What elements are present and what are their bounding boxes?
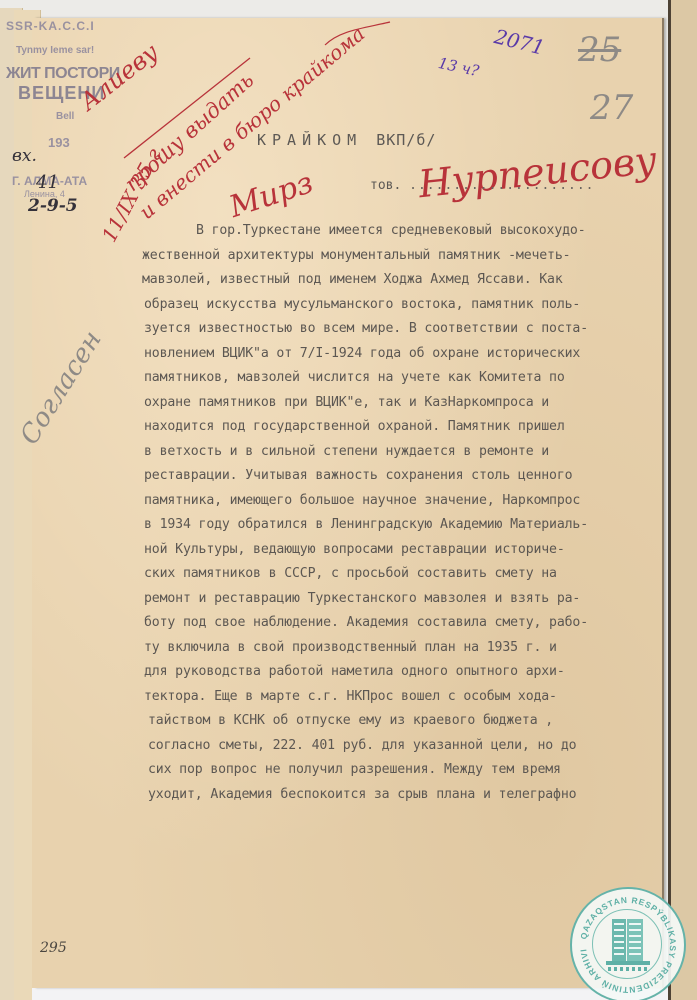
body-line: зуется известностью во всем мире. В соот…	[144, 317, 677, 342]
body-line: новлением ВЦИК"а от 7/I-1924 года об охр…	[144, 342, 677, 367]
body-line: образец искусства мусульманского востока…	[144, 293, 677, 318]
body-line: уходит, Академия беспокоится за срыв пла…	[148, 783, 677, 808]
letter-body: В гор.Туркестане имеется средневековый в…	[152, 219, 677, 807]
addressee-org: КРАЙКОМ	[257, 131, 362, 149]
body-line: для руководства работой наметила одного …	[144, 660, 677, 685]
body-line: ту включила в свой производственный план…	[144, 636, 677, 661]
archive-seal: QAZAQSTAN RESPÝBLIKASY PREZIDENTINIŃ ARH…	[570, 887, 686, 1000]
tov-label: тов.	[370, 178, 401, 193]
body-line: находится под государственной охраной. П…	[144, 415, 677, 440]
body-line: в ветхость и в сильной степени нуждается…	[144, 440, 677, 465]
body-line: тектора. Еще в марте с.г. НКПрос вошел с…	[144, 685, 677, 710]
body-line: сих пор вопрос не получил разрешения. Ме…	[148, 758, 677, 783]
body-line: ремонт и реставрацию Туркестанского мавз…	[144, 587, 677, 612]
body-line: охране памятников при ВЦИК"е, так и КазН…	[144, 391, 677, 416]
bottom-pencil-number: 295	[40, 940, 67, 956]
body-line: памятника, имеющего большое научное знач…	[144, 489, 677, 514]
tov-line: тов. .....................	[370, 178, 595, 193]
body-line: ной Культуры, ведающую вопросами реставр…	[144, 538, 677, 563]
tov-dots: .....................	[409, 178, 594, 193]
archive-building-icon: QAZAQSTAN RESPÝBLIKASY PREZIDENTINIŃ ARH…	[572, 889, 684, 1000]
body-line: реставрации. Учитывая важность сохранени…	[144, 464, 677, 489]
body-line: мавзолей, известный под именем Ходжа Ахм…	[142, 268, 677, 293]
body-line: в 1934 году обратился в Ленинградскую Ак…	[144, 513, 677, 538]
body-line: тайством в КСНК об отпуске ему из краево…	[148, 709, 677, 734]
body-line: ских памятников в СССР, с просьбой соста…	[144, 562, 677, 587]
body-line: жественной архитектуры монументальный па…	[142, 244, 677, 269]
addressee-header: КРАЙКОМВКП/б/	[257, 131, 436, 149]
body-line: памятников, мавзолей числится на учете к…	[144, 366, 677, 391]
body-line: В гор.Туркестане имеется средневековый в…	[152, 219, 677, 244]
party-name: ВКП/б/	[376, 131, 436, 149]
body-line: боту под свое наблюдение. Академия соста…	[144, 611, 677, 636]
body-line: согласно сметы, 222. 401 руб. для указан…	[148, 734, 677, 759]
